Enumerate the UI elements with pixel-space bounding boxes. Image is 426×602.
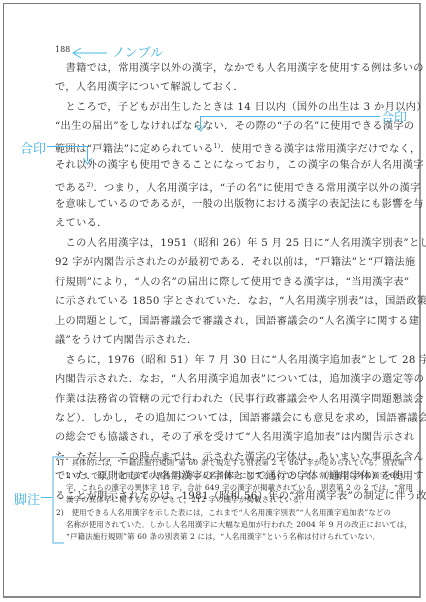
body-line-text: えている．: [55, 218, 108, 229]
body-line: この人名用漢字は，1951（昭和 26）年 5 月 25 日に“人名用漢字別表”…: [55, 238, 426, 250]
footnote-annotation-leader: [41, 497, 52, 498]
body-line-text: で，人名用漢字について解説しておく．: [55, 82, 244, 93]
footnote-line: “戸籍法施行規則”第 60 条の別表第 2 には，“人名用漢字”という名称は付け…: [66, 532, 380, 541]
body-line-text: である: [55, 183, 87, 194]
body-line: 作業は法務省の管轄の元で行われた（民事行政審議会や人名用漢字問題懇談会: [55, 394, 424, 406]
arrow-left-icon: [72, 49, 108, 59]
body-line: さらに，1976（昭和 51）年 7 月 30 日に“人名用漢字追加表”として …: [55, 355, 426, 367]
footnote-ref[interactable]: 1): [214, 143, 221, 150]
arrow-down-icon: [82, 157, 93, 165]
aijirushi-left-label: 合印: [20, 138, 46, 157]
body-line-text: ．使用できる漢字は常用漢字だけでなく，: [221, 144, 421, 155]
footnote-bracket: [52, 456, 64, 544]
body-line: えている．: [55, 218, 108, 230]
body-line-text: 書籍では，常用漢字以外の漢字，なかでも人名用漢字を使用する例は多いの: [55, 63, 424, 74]
footnote-line: 名称が使用されていた．しかし人名用漢字に大幅な追加が行われた 2004 年 9 …: [66, 520, 412, 529]
body-line-text: など）．しかし，その追加については，国語審議会にも意見を求め，国語審議会: [55, 413, 426, 424]
body-line: の総会でも協議され，その了承を受けて“人名用漢字追加表”は内閣告示され: [55, 432, 414, 444]
body-line: 書籍では，常用漢字以外の漢字，なかでも人名用漢字を使用する例は多いの: [55, 63, 424, 75]
body-line: “出生の届出”をしなければならない．その際の“子の名”に使用できる漢字の: [55, 121, 414, 133]
body-line-text: を意味しているのであるが，一般の出版物における漢字の表記法にも影響を与: [55, 199, 424, 210]
body-line-text: に示されている 1850 字とされていた．なお，“人名用漢字別表”は，国語政策: [55, 296, 426, 307]
body-line: 内閣告示された．なお，“人名用漢字追加表”については，追加漢字の選定等の: [55, 374, 424, 386]
body-line-text: 92 字が内閣告示されたのが最初である．それ以前は，“戸籍法”と“戸籍法施: [55, 257, 416, 268]
body-line: を意味しているのであるが，一般の出版物における漢字の表記法にも影響を与: [55, 199, 424, 211]
body-line-text: 議”をうけて内閣告示された．: [55, 335, 198, 346]
body-line-text: ．つまり，人名用漢字は，“子の名”に使用できる常用漢字以外の漢字: [93, 183, 420, 194]
body-line: 上の問題として，国語審議会で審議され，国語審議会の“人名漢字に関する建: [55, 316, 419, 328]
body-line: 議”をうけて内閣告示された．: [55, 335, 198, 347]
body-line-text: 上の問題として，国語審議会で審議され，国語審議会の“人名漢字に関する建: [55, 316, 419, 327]
body-line-text: 内閣告示された．なお，“人名用漢字追加表”については，追加漢字の選定等の: [55, 374, 424, 385]
body-line: ところで，子どもが出生したときは 14 日以内（国外の出生は 3 か月以内）に: [55, 102, 426, 114]
footnote-line: 字，これらの漢字の異体字 18 字，合計 649 字の漢字が掲載されている．別表…: [66, 483, 413, 492]
nombre-annotation: ノンブル: [72, 42, 163, 61]
body-line: である2)．つまり，人名用漢字は，“子の名”に使用できる常用漢字以外の漢字: [55, 180, 421, 195]
body-line: それ以外の漢字も使用できることになっており，この漢字の集合が人名用漢字: [55, 160, 424, 172]
aijirushi-right-label: 合印: [381, 107, 407, 126]
body-line: に示されている 1850 字とされていた．なお，“人名用漢字別表”は，国語政策: [55, 296, 426, 308]
body-line: など）．しかし，その追加については，国語審議会にも意見を求め，国語審議会: [55, 413, 426, 425]
body-line: 行規則”により，“人の名”の届出に際して使用できる漢字は，“当用漢字表”: [55, 277, 409, 289]
aijirushi-left-leader: [47, 146, 87, 147]
footnote-line: 2 の 1 では，“常用漢字の異体字以外の人名用漢字に関するもの”として，常用漢…: [66, 471, 405, 480]
footnote-line: 漢字の異体字に関するもの”として，212 字の漢字が掲載されている．: [66, 495, 307, 504]
body-line: 範囲は“戸籍法”に定められている1)．使用できる漢字は常用漢字だけでなく，: [55, 141, 421, 156]
body-line-text: “出生の届出”をしなければならない．その際の“子の名”に使用できる漢字の: [55, 121, 414, 132]
body-line-text: さらに，1976（昭和 51）年 7 月 30 日に“人名用漢字追加表”として …: [55, 355, 426, 366]
aijirushi-right-leader: [200, 116, 380, 117]
body-line-text: この人名用漢字は，1951（昭和 26）年 5 月 25 日に“人名用漢字別表”…: [55, 238, 426, 249]
body-line-text: ところで，子どもが出生したときは 14 日以内（国外の出生は 3 か月以内）に: [55, 102, 426, 113]
body-line-text: それ以外の漢字も使用できることになっており，この漢字の集合が人名用漢字: [55, 160, 424, 171]
body-line: で，人名用漢字について解説しておく．: [55, 82, 244, 94]
page-number: 188: [55, 45, 70, 54]
nombre-label: ノンブル: [112, 46, 163, 61]
body-line-text: 作業は法務省の管轄の元で行われた（民事行政審議会や人名用漢字問題懇談会: [55, 394, 424, 405]
body-line-text: の総会でも協議され，その了承を受けて“人名用漢字追加表”は内閣告示され: [55, 432, 414, 443]
body-line-text: 行規則”により，“人の名”の届出に際して使用できる漢字は，“当用漢字表”: [55, 277, 409, 288]
body-line: 92 字が内閣告示されたのが最初である．それ以前は，“戸籍法”と“戸籍法施: [55, 257, 416, 269]
footnote-annotation-label: 脚注: [14, 489, 40, 508]
footnote-line: 1) 具体的には，“戸籍法施行規則”第 60 条で規定する別表第 2 で 861…: [56, 458, 405, 467]
footnote-line: 2) 使用できる人名用漢字を示した表には，これまで“人名用漢字別表”“人名用漢字…: [56, 508, 391, 517]
arrow-down-icon: [195, 124, 206, 132]
